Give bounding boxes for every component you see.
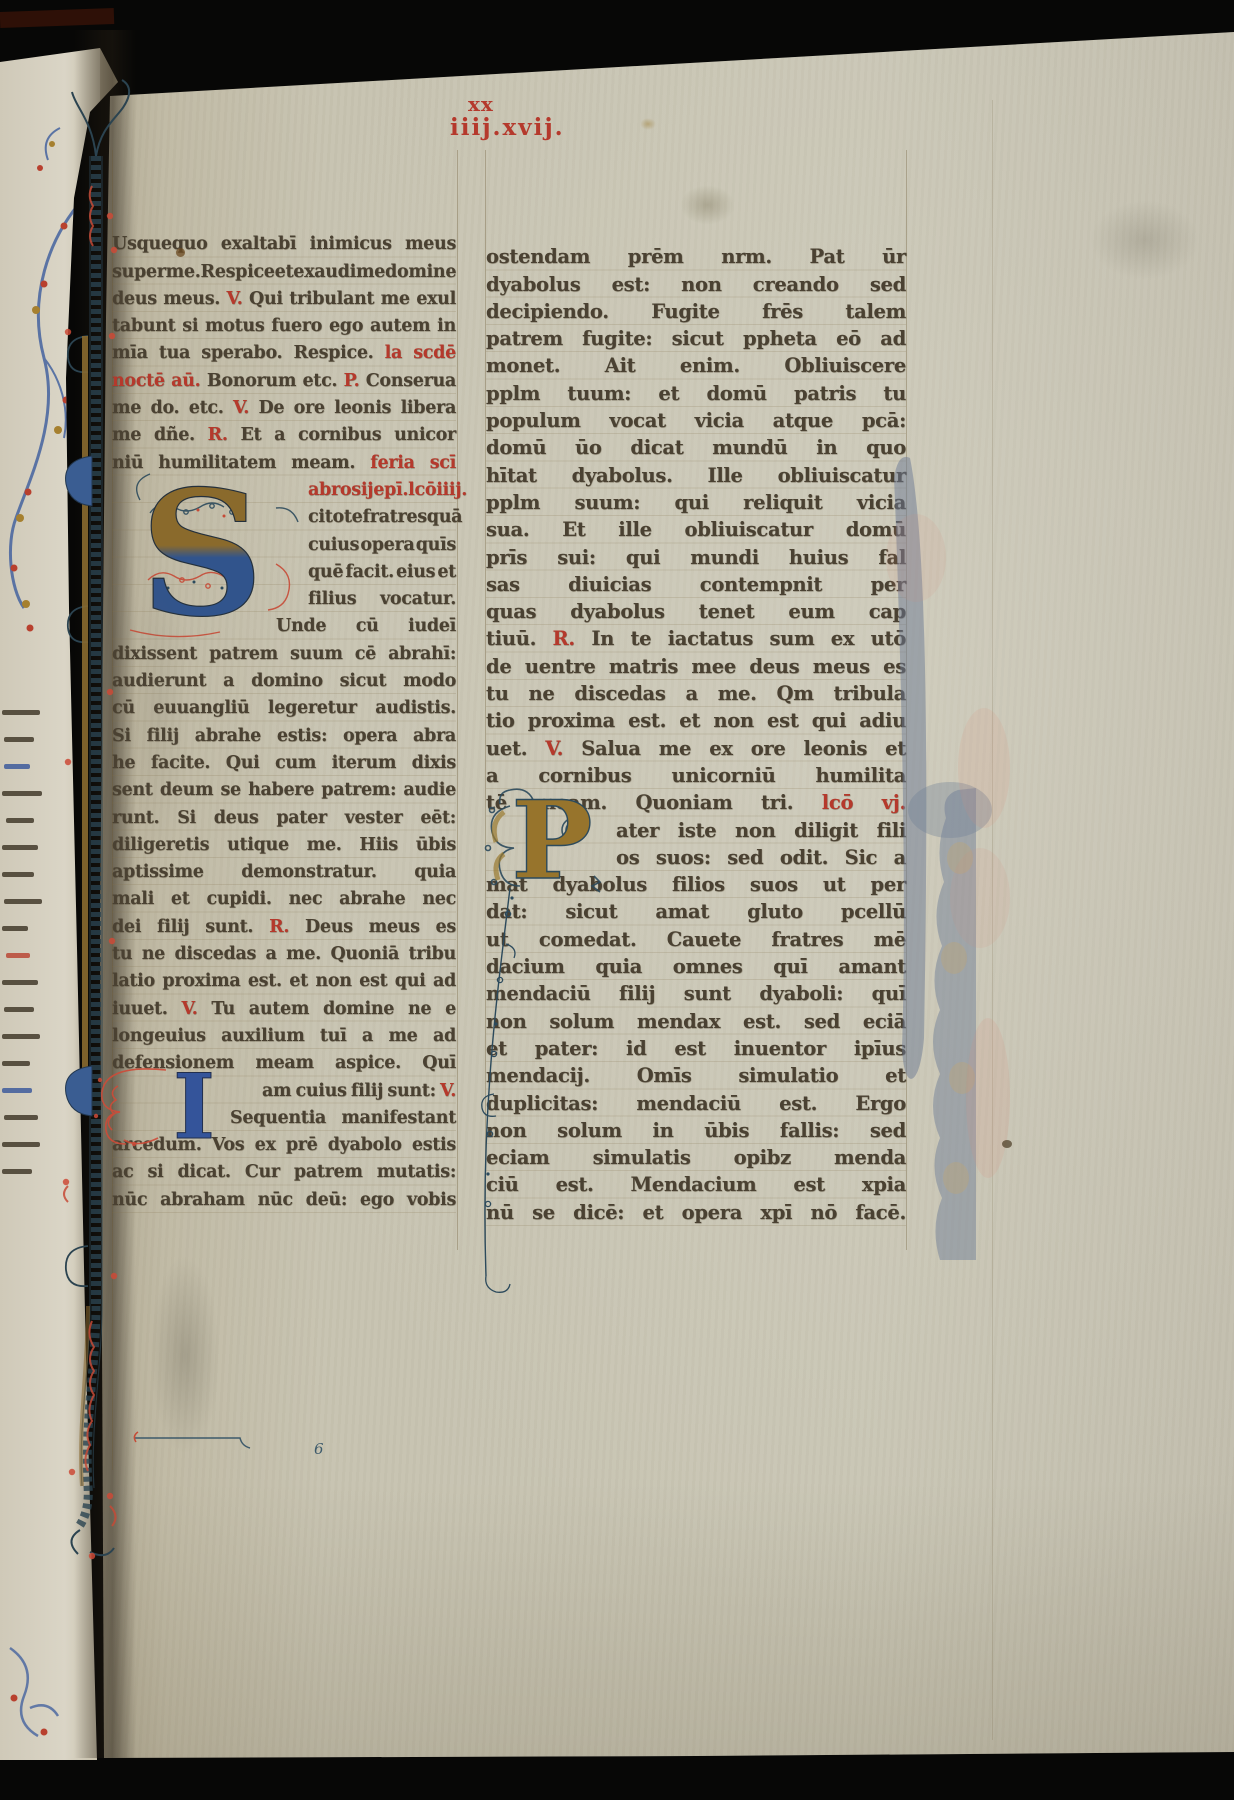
text-line: nūsedicē:etoperaxpīnōfacē. bbox=[486, 1199, 906, 1226]
penwork-rule bbox=[128, 1428, 258, 1452]
running-header-top: xx bbox=[468, 92, 494, 116]
text-line: nonsolummendaxest.sedeciā bbox=[486, 1007, 906, 1034]
text-line: quasdyabolusteneteumcap bbox=[486, 598, 906, 625]
text-line: decipiendo.Fugitefrēstalem bbox=[486, 298, 906, 325]
text-line: tunediscedasame.Qmtribula bbox=[486, 680, 906, 707]
text-line: mendaciūfilijsuntdyaboli:quī bbox=[486, 980, 906, 1007]
text-line: patremfugite:sicutpphetaeōad bbox=[486, 325, 906, 352]
illuminated-initial-S: S bbox=[90, 468, 310, 640]
text-line: tiuū.R.Inteiactatussumexutō bbox=[486, 625, 906, 652]
text-line: ciūest.Mendaciumestxpia bbox=[486, 1171, 906, 1198]
book-board-edge bbox=[0, 8, 114, 28]
text-line: eciamsimulatisopibzmenda bbox=[486, 1144, 906, 1171]
penwork-tail bbox=[450, 884, 546, 1284]
quire-mark: 6 bbox=[314, 1440, 324, 1458]
text-line: tioproximaest.etnonestquiadiu bbox=[486, 707, 906, 734]
text-line: duplicitas:mendaciūest.Ergo bbox=[486, 1089, 906, 1116]
text-line: sua.Etilleobliuiscaturdomū bbox=[486, 516, 906, 543]
initial-letter-S: S bbox=[140, 452, 264, 655]
text-line: uet.V.Saluameexoreleoniset bbox=[486, 734, 906, 761]
text-line: etpater:idestinuentoripīus bbox=[486, 1035, 906, 1062]
pen-initial-I: I bbox=[88, 1058, 244, 1150]
text-line: nonsoluminūbisfallis:sed bbox=[486, 1117, 906, 1144]
text-line: prīssui:quimundihuiusfal bbox=[486, 543, 906, 570]
text-line: pplmsuum:quireliquitvicia bbox=[486, 489, 906, 516]
offset-ghost-decoration bbox=[880, 438, 1030, 1274]
text-line: deuentrematrismeedeusmeuses bbox=[486, 653, 906, 680]
running-header-bottom: iiij.xvij. bbox=[450, 114, 565, 141]
text-line: sasdiuiciascontempnitper bbox=[486, 571, 906, 598]
initial-letter-I: I bbox=[173, 1054, 215, 1160]
bar-border bbox=[52, 36, 202, 1616]
text-line: hītatdyabolus.Illeobliuiscatur bbox=[486, 461, 906, 488]
text-line: monet.Aitenim.Obliuiscere bbox=[486, 352, 906, 379]
text-line: populumvocatviciaatquepcā: bbox=[486, 407, 906, 434]
illuminated-initial-P: P bbox=[474, 790, 624, 890]
text-line: domūūodicatmundūinquo bbox=[486, 434, 906, 461]
text-line: dyabolusest:noncreandosed bbox=[486, 270, 906, 297]
text-line: pplmtuum:etdomūpatristu bbox=[486, 380, 906, 407]
manuscript-photo: { "photo": {"backdrop_color": "#070706",… bbox=[0, 0, 1234, 1800]
text-line: ostendamprēmnrm.Patūr bbox=[486, 243, 906, 270]
text-line: daciumquiaomnesquīamant bbox=[486, 953, 906, 980]
text-line: mendacij.Omīssimulatioet bbox=[486, 1062, 906, 1089]
text-line: utcomedat.Cauetefratresmē bbox=[486, 926, 906, 953]
